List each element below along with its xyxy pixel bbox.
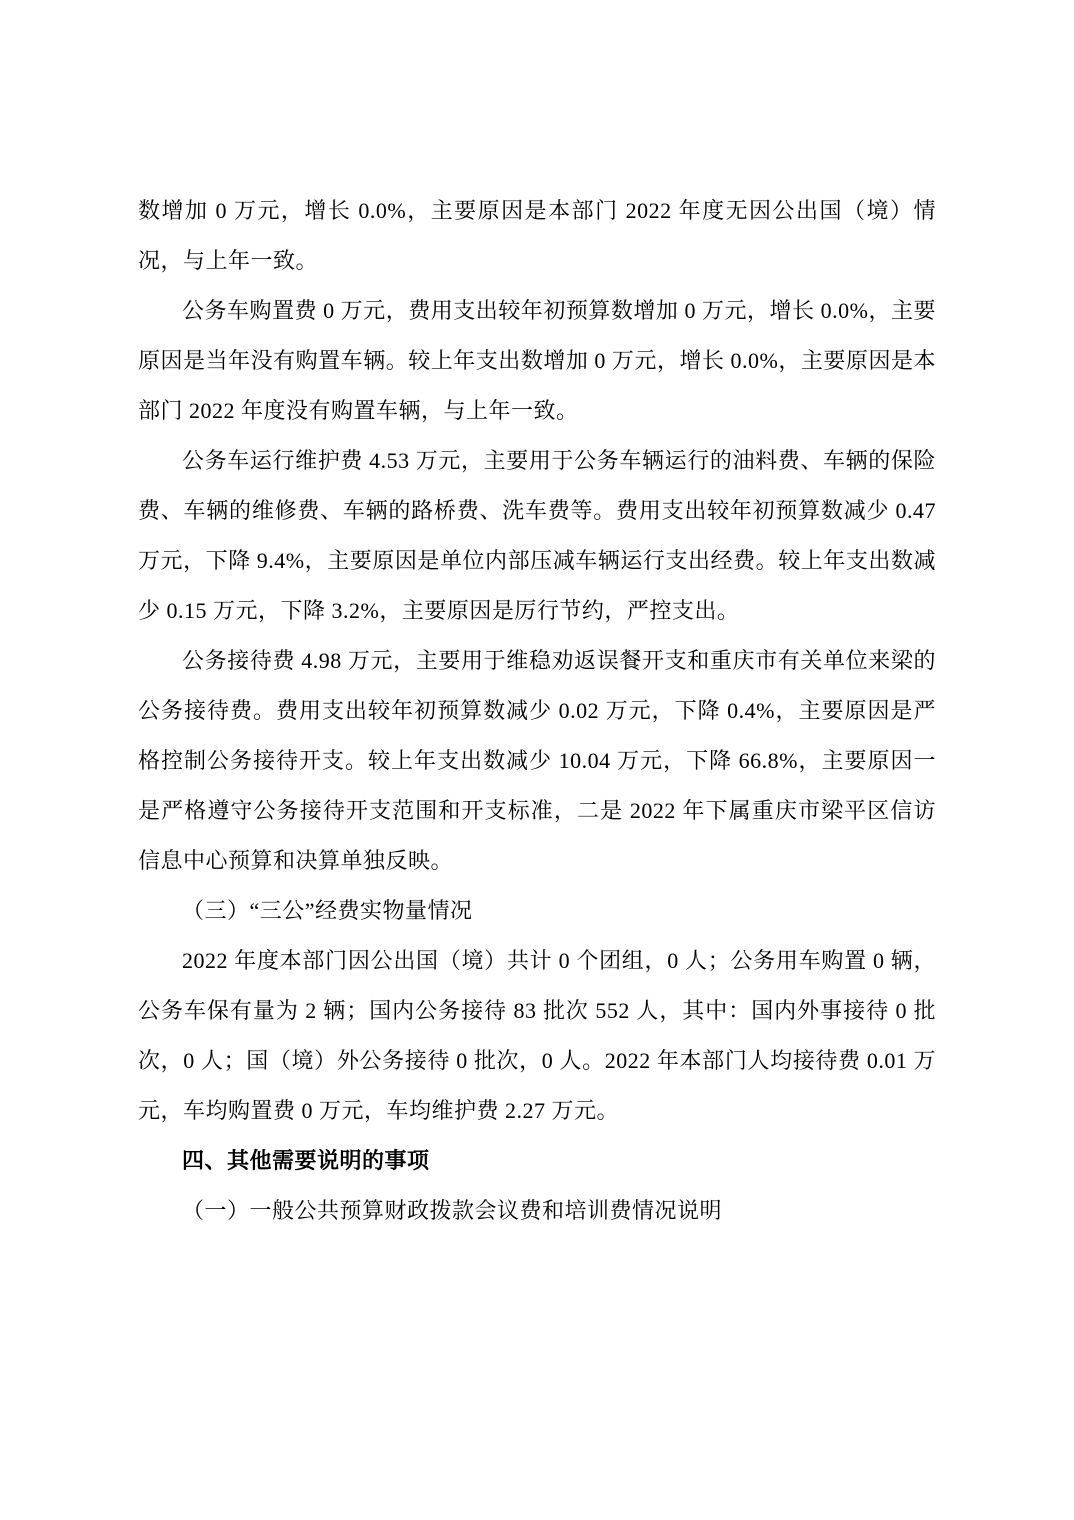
subsection-heading-meeting-training-fees: （一）一般公共预算财政拨款会议费和培训费情况说明	[138, 1186, 936, 1236]
paragraph-official-reception: 公务接待费 4.98 万元，主要用于维稳劝返误餐开支和重庆市有关单位来梁的公务接…	[138, 636, 936, 886]
document-page: 数增加 0 万元，增长 0.0%，主要原因是本部门 2022 年度无因公出国（境…	[0, 0, 1074, 1520]
paragraph-vehicle-maintenance: 公务车运行维护费 4.53 万元，主要用于公务车辆运行的油料费、车辆的保险费、车…	[138, 436, 936, 636]
section-heading-other-matters: 四、其他需要说明的事项	[138, 1136, 936, 1186]
document-body: 数增加 0 万元，增长 0.0%，主要原因是本部门 2022 年度无因公出国（境…	[138, 186, 936, 1236]
paragraph-travel-abroad-continuation: 数增加 0 万元，增长 0.0%，主要原因是本部门 2022 年度无因公出国（境…	[138, 186, 936, 286]
subsection-heading-three-public-expenses: （三）“三公”经费实物量情况	[138, 886, 936, 936]
paragraph-physical-quantity: 2022 年度本部门因公出国（境）共计 0 个团组，0 人；公务用车购置 0 辆…	[138, 936, 936, 1136]
paragraph-vehicle-purchase: 公务车购置费 0 万元，费用支出较年初预算数增加 0 万元，增长 0.0%，主要…	[138, 286, 936, 436]
